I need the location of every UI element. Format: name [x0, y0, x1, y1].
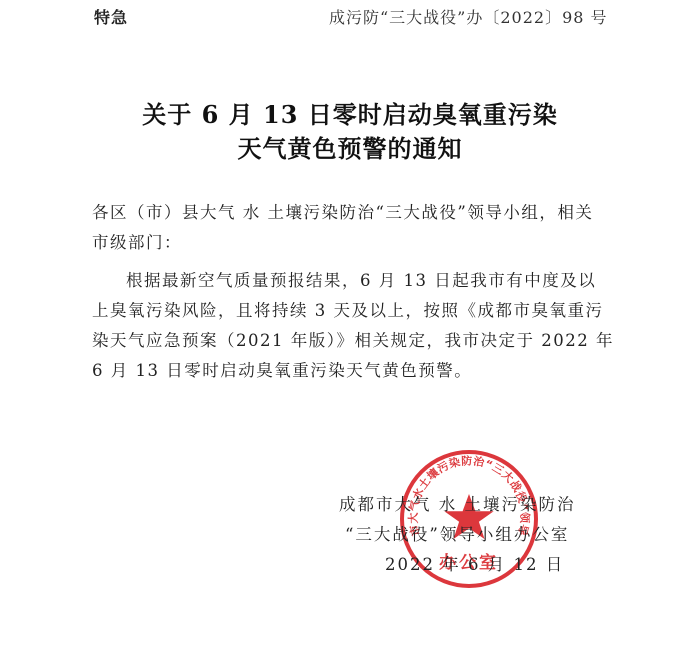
addressee-line-1: 各区（市）县大气 水 土壤污染防治“三大战役”领导小组，相关 [92, 198, 612, 228]
body-line-2: 上臭氧污染风险，且将持续 3 天及以上，按照《成都市臭氧重污 [92, 296, 612, 326]
title-line-1: 关于 6 月 13 日零时启动臭氧重污染 [0, 98, 700, 132]
urgency-label: 特急 [94, 5, 128, 28]
body-line-3: 染天气应急预案（2021 年版）》相关规定，我市决定于 2022 年 [92, 326, 612, 356]
title-line-2: 天气黄色预警的通知 [0, 132, 700, 166]
addressee-line-2: 市级部门： [92, 228, 612, 258]
signature-org-line-1: 成都市大气 水 土壤污染防治 [325, 490, 625, 520]
notice-body: 根据最新空气质量预报结果，6 月 13 日起我市有中度及以 上臭氧污染风险，且将… [92, 266, 612, 386]
body-line-4: 6 月 13 日零时启动臭氧重污染天气黄色预警。 [92, 356, 612, 386]
body-line-1: 根据最新空气质量预报结果，6 月 13 日起我市有中度及以 [92, 266, 612, 296]
signature-org-line-2: “三大战役”领导小组办公室 [325, 520, 625, 550]
addressee: 各区（市）县大气 水 土壤污染防治“三大战役”领导小组，相关 市级部门： [92, 198, 612, 258]
document-number: 成污防“三大战役”办〔2022〕98 号 [329, 5, 608, 28]
signature-date: 2022 年 6 月 12 日 [325, 550, 625, 580]
signature-block: 成都市大气 水 土壤污染防治 “三大战役”领导小组办公室 2022 年 6 月 … [325, 490, 625, 580]
document-title: 关于 6 月 13 日零时启动臭氧重污染 天气黄色预警的通知 [0, 98, 700, 166]
